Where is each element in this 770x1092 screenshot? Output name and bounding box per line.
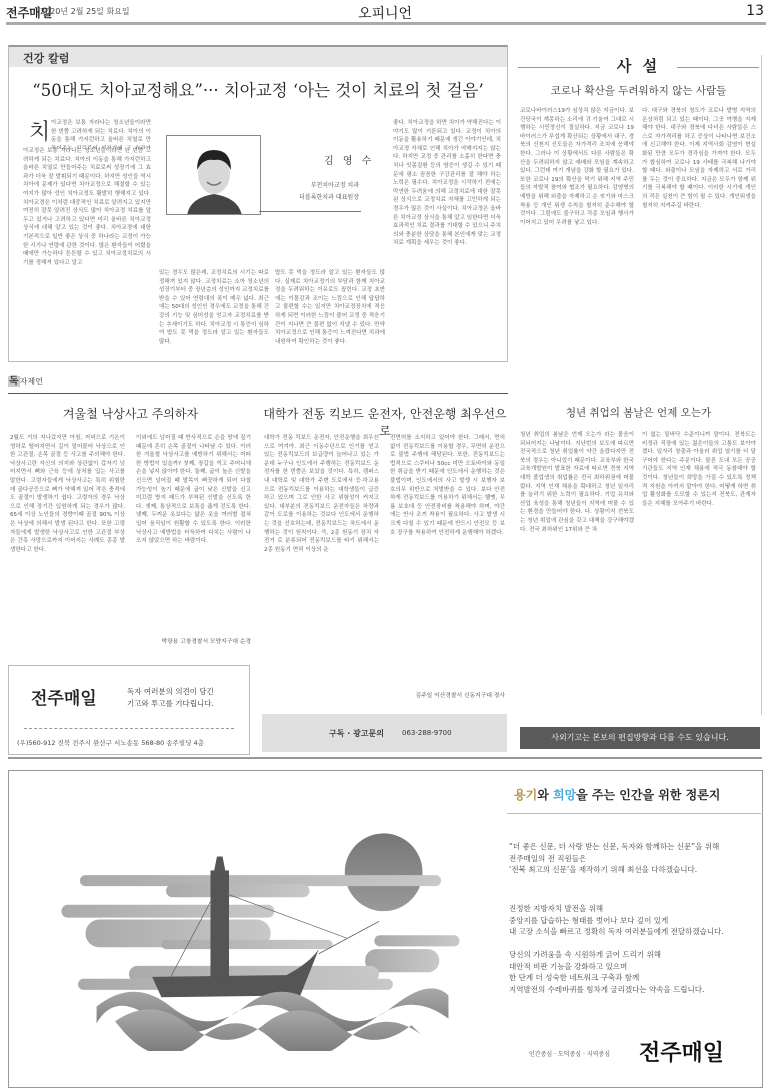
ad-p1-line1: “더 좋은 신문, 더 사랑 받는 신문, 독자와 함께하는 신문”을 위해 — [509, 841, 719, 853]
health-text-col1-top: 아교정은 보통 자라나는 청소년들이라면 한 번쯤 고려하게 되는 치료다. 치… — [51, 119, 151, 149]
reader-1-col1: 2월도 거의 지나갔지만 아침, 저녁으로 기온이 영하로 떨어지면서 길이 얼… — [10, 434, 125, 644]
ad-paragraph-1: “더 좋은 신문, 더 사랑 받는 신문, 독자와 함께하는 신문”을 위해 전… — [509, 841, 719, 876]
ad-p3-line4: 지역발전의 수레바퀴를 힘차게 굴리겠다는 약속을 드립니다. — [509, 984, 704, 996]
health-text-col3: 밥도 못 먹을 정도라 알고 있는 환자들도 많다. 실제로 치아교정기의 부담… — [275, 269, 385, 354]
health-headline: “50대도 치아교정해요”··· 치아교정 ‘아는 것이 치료의 첫 걸음’ — [9, 77, 507, 101]
editorial-1-col1: 코로나바이러스19가 심상치 않은 지금이다. 보건당국이 계몽하는 소리에 귀… — [520, 107, 634, 389]
subscription-inquiry-box: 구독 · 광고문의 063-288-9700 — [262, 714, 507, 752]
editorial-2-col2: 이 없는 밑바닥 수준이니까 말이다. 전북도는 비정규 직장에 있는 젊은이들… — [642, 431, 756, 715]
submission-promo-box: 전주매일 독자 여러분의 의견이 담긴 기고와 투고를 기다립니다. (우)56… — [8, 665, 250, 755]
section-bottom-rule — [8, 757, 762, 759]
reader-1-col2: 이외에도 넘어질 때 반사적으로 손을 땅에 짚기 때문에 흔히 손목 골절이 … — [136, 434, 251, 634]
promo-divider — [24, 728, 234, 729]
reader-label-rest: 자제언 — [20, 377, 43, 386]
editorial-label: 사 설 — [516, 55, 761, 76]
author-affiliation-line1: 부천치아교정 치과 — [279, 180, 359, 192]
promo-message-line1: 독자 여러분의 의견이 담긴 — [127, 686, 214, 698]
health-column-tab: 건강 칼럼 — [9, 47, 507, 67]
masthead-rule — [6, 22, 766, 25]
reader-section-label: 독자제언 — [8, 372, 43, 387]
editorial-1-col2: 다. 대구와 경북의 청도가 코로나 발병 지역의 온상처럼 되고 있는 때이다… — [642, 107, 756, 389]
ad-p3-line1: 당신의 가려움을 속 시원하게 긁어 드리기 위해 — [509, 949, 704, 961]
promo-brand: 전주매일 — [31, 684, 97, 709]
reader-headline-1: 겨울철 낙상사고 주의하자 — [8, 405, 253, 422]
ad-footer-tagline: 인간중심 · 도덕중심 · 지역중심 — [529, 1049, 610, 1058]
ad-brand-logo: 전주매일 — [639, 1036, 724, 1067]
slogan-courage: 용기 — [514, 788, 537, 802]
promo-message: 독자 여러분의 의견이 담긴 기고와 투고를 기다립니다. — [127, 686, 214, 710]
health-column: 건강 칼럼 “50대도 치아교정해요”··· 치아교정 ‘아는 것이 치료의 첫… — [8, 45, 508, 362]
ad-slogan: 용기와 희망을 주는 인간을 위한 정론지 — [514, 786, 720, 803]
author-portrait-icon — [167, 136, 261, 215]
ad-p2-line3: 내 고장 소식을 빠르고 정확히 독자 여러분들에게 전달하겠습니다. — [509, 926, 724, 938]
health-text-col4: 좋다. 치아교정을 하면 치아가 약해진다는 이야기도 많이 거론되고 있다. … — [393, 119, 501, 354]
page-number: 13 — [746, 3, 764, 19]
author-affiliation-line2: 더블록한치과 대표원장 — [279, 192, 359, 204]
slogan-connector: 와 — [537, 788, 553, 802]
ad-paragraph-2: 진정한 지방자치 발전을 위해 중앙지를 답습하는 형태를 벗어나 보다 깊이 … — [509, 903, 724, 938]
disclaimer-banner: 사외기고는 본보의 편집방향과 다를 수도 있습니다. — [520, 727, 760, 749]
ship-illustration-icon — [29, 801, 479, 1051]
promo-message-line2: 기고와 투고를 기다립니다. — [127, 698, 214, 710]
ad-p1-line3: ‘전북 최고의 신문’을 제작하기 위해 최선을 다하겠습니다. — [509, 864, 719, 876]
ad-p2-line1: 진정한 지방자치 발전을 위해 — [509, 903, 724, 915]
ad-p3-line3: 한 단계 더 성숙한 네트워크 구축과 함께 — [509, 972, 704, 984]
health-text-col2: 있는 경우도 많은데, 교정치료의 시기는 따로 정해져 있지 않다. 교정치료… — [159, 269, 269, 354]
ad-slogan-rule — [507, 813, 761, 814]
author-name: 김 영 수 — [324, 152, 374, 167]
ad-p3-line2: 대안적 비판 기능을 강화하고 있으며 — [509, 961, 704, 973]
editorial-2-col1: 청년 취업의 봄날은 언제 오는가 라는 물음이 되뇌어지는 나날이다. 지난번… — [520, 431, 634, 715]
ad-p1-line2: 전주매일의 전 직원들은 — [509, 853, 719, 865]
author-rule — [259, 211, 361, 212]
reader-label-initial: 독 — [8, 376, 20, 387]
inquiry-label: 구독 · 광고문의 — [329, 728, 384, 739]
drop-cap: 치 — [29, 115, 50, 146]
disclaimer-text: 사외기고는 본보의 편집방향과 다를 수도 있습니다. — [520, 727, 760, 749]
editorial-headline-1: 코로나 확산을 두려워하지 않는 사람들 — [516, 83, 761, 98]
editorial-column: 사 설 코로나 확산을 두려워하지 않는 사람들 코로나바이러스19가 심상치 … — [516, 55, 762, 715]
author-photo — [166, 135, 261, 215]
health-column-label: 건강 칼럼 — [23, 50, 69, 66]
reader-1-byline: 박광용 고창경찰서 모양지구대 순경 — [136, 636, 251, 645]
inquiry-phone: 063-288-9700 — [402, 729, 452, 737]
reader-section-rule — [8, 393, 508, 394]
reader-2-byline: 김주일 익산경찰서 신동지구대 경사 — [390, 690, 505, 699]
promo-address: (우)560-912 전북 전주시 완산구 서노송동 568-80 송주빌딩 4… — [17, 738, 204, 747]
slogan-rest: 을 주는 인간을 위한 정론지 — [576, 788, 720, 802]
reader-2-col1: 대학가 전동 킥보드 운전자, 안전운행을 최우선으로 여겨야. 최근 이동수단… — [264, 434, 379, 704]
reader-2-col2: 전면허를 소지하고 있어야 한다. 그래서, 면허 없이 전동킥보드를 이용할 … — [390, 434, 505, 684]
newspaper-ad: 용기와 희망을 주는 인간을 위한 정론지 “더 좋은 신문, 더 사랑 받는 … — [8, 770, 763, 1088]
editorial-headline-2: 청년 취업의 봄날은 언제 오는가 — [516, 405, 761, 420]
section-title: 오피니언 — [0, 3, 770, 23]
author-affiliation: 부천치아교정 치과 더블록한치과 대표원장 — [279, 180, 359, 204]
health-text-col1: 아교정은 보통 자라나는 청소년들이라면 한 번쯤 고려하게 되는 치료다. 치… — [23, 147, 151, 352]
slogan-hope: 희망 — [553, 788, 576, 802]
ad-paragraph-3: 당신의 가려움을 속 시원하게 긁어 드리기 위해 대안적 비판 기능을 강화하… — [509, 949, 704, 995]
ad-p2-line2: 중앙지를 답습하는 형태를 벗어나 보다 깊이 있게 — [509, 915, 724, 927]
masthead: 전주매일 2020년 2월 25일 화요일 오피니언 13 — [0, 0, 770, 24]
